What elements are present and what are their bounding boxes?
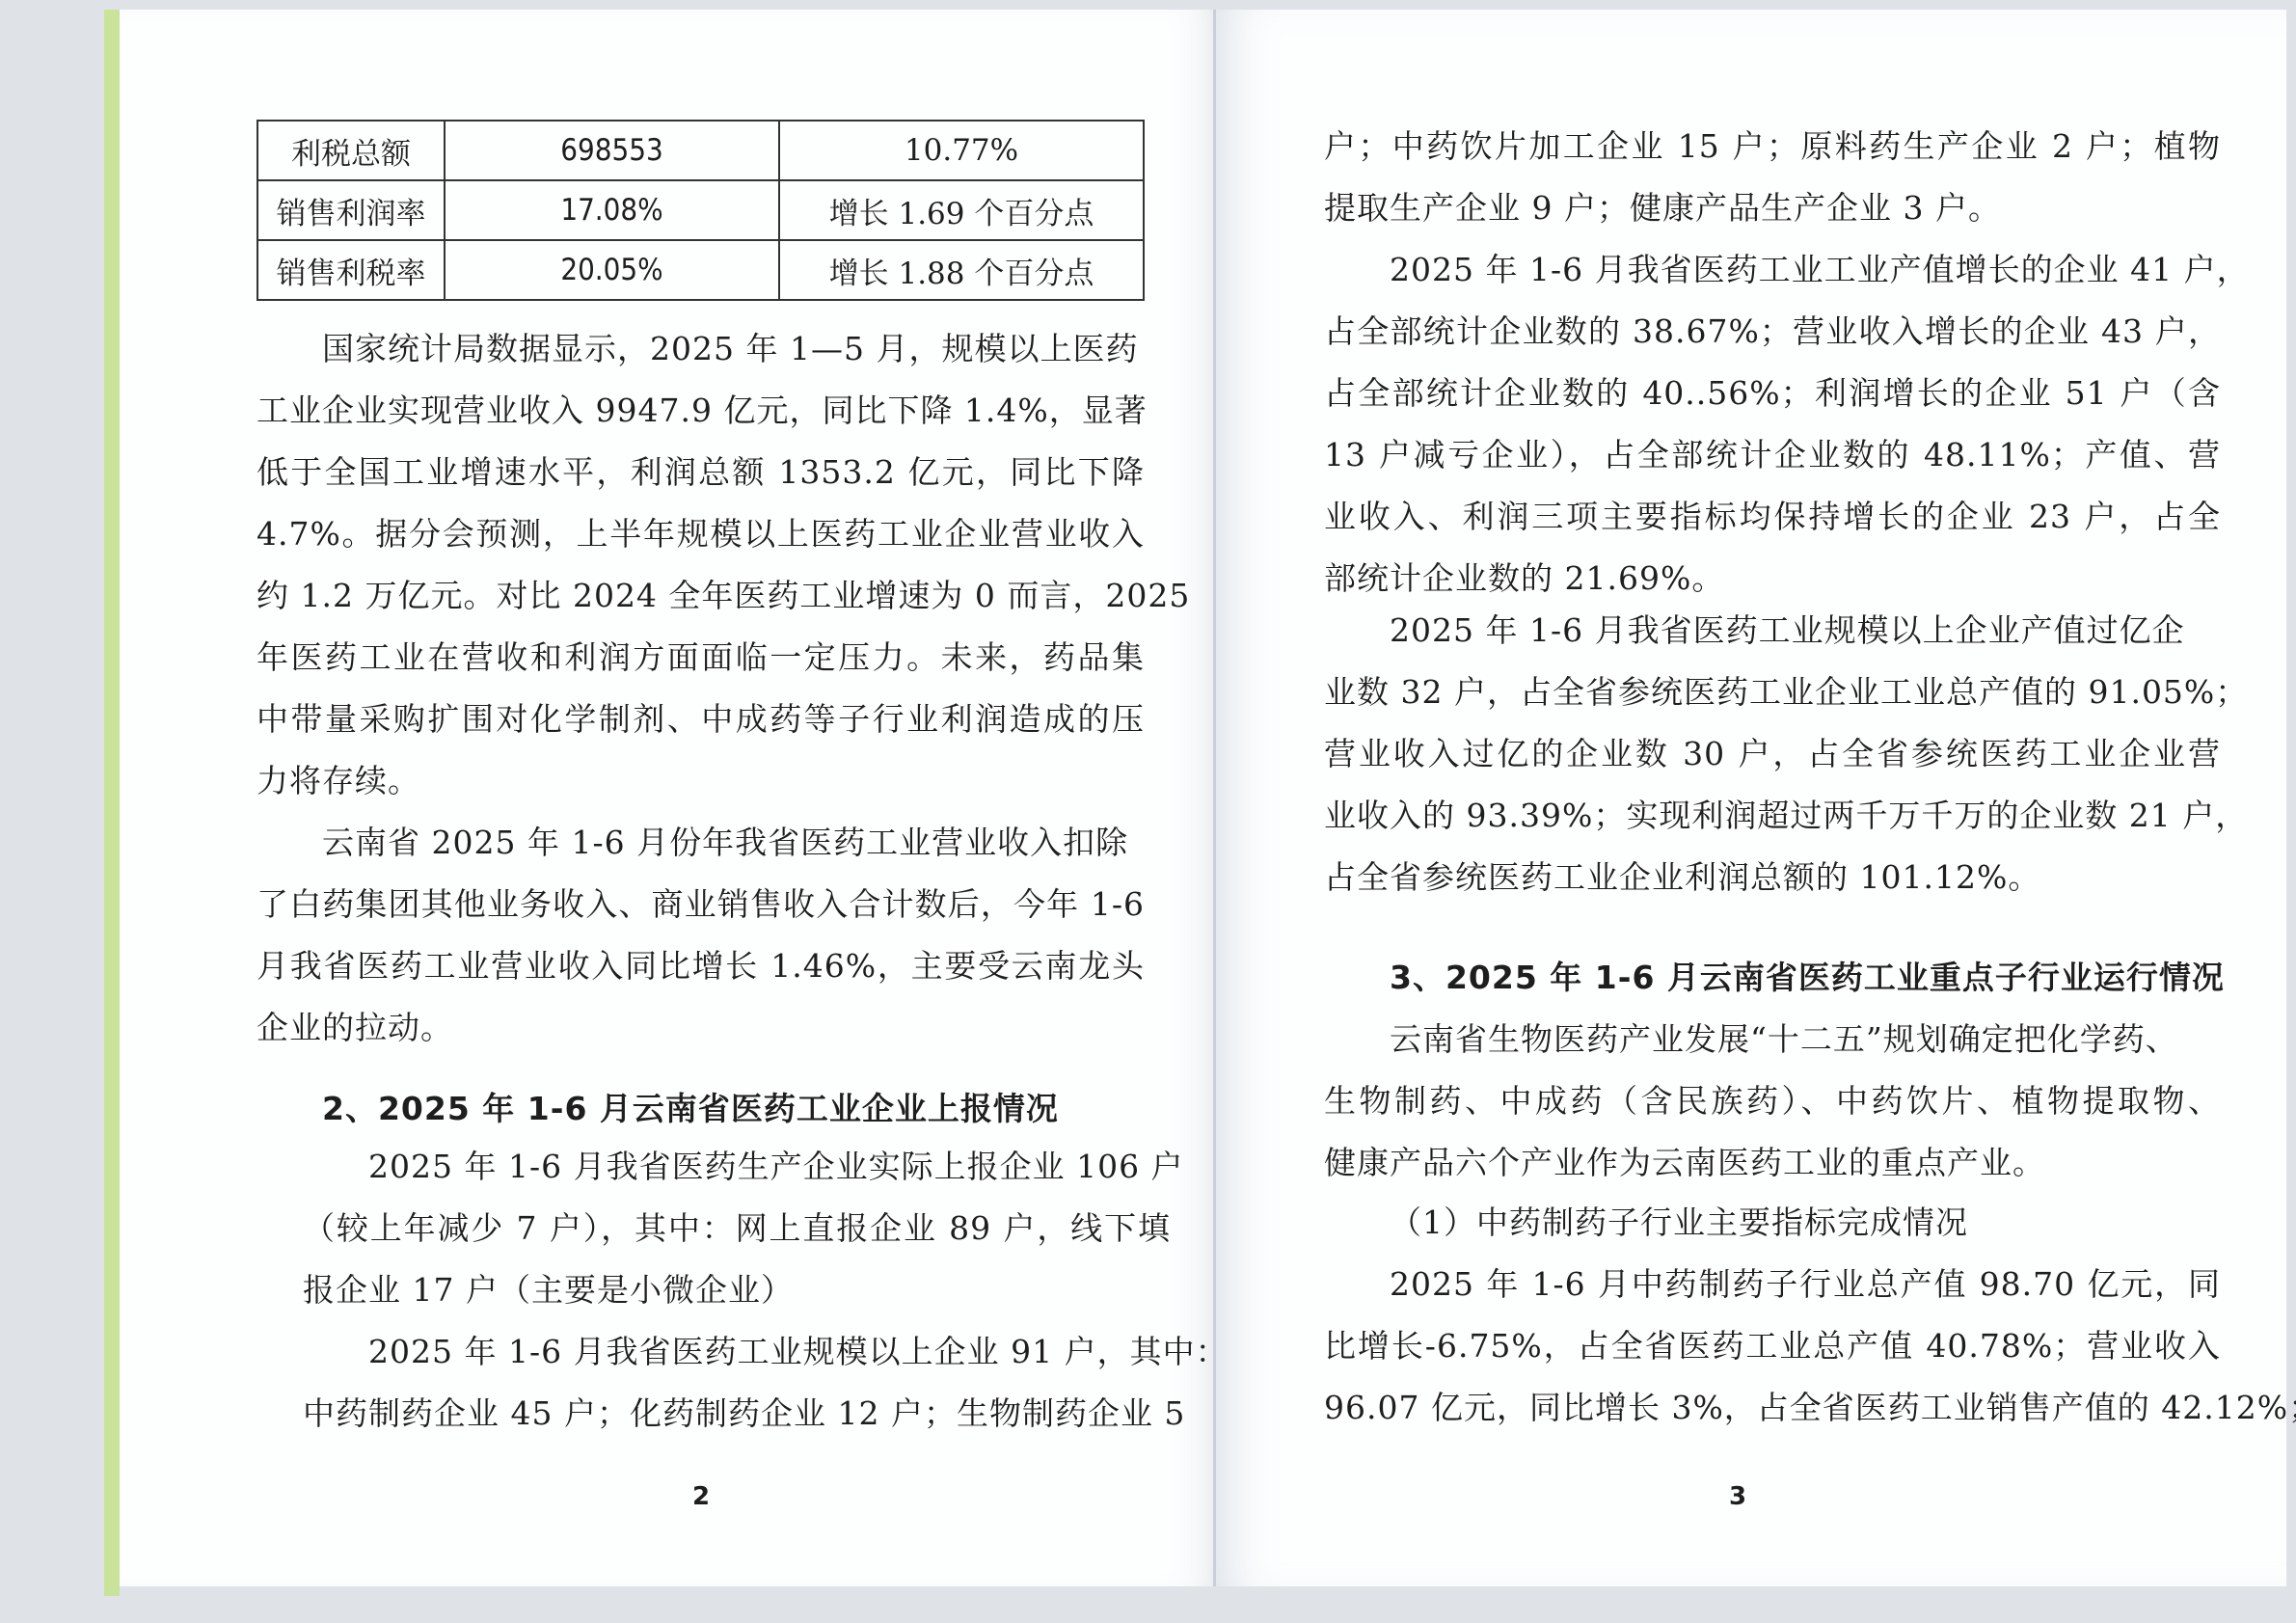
text-line: 力将存续。 [257, 750, 1145, 812]
indicator-change: 增长 1.69 个百分点 [779, 180, 1144, 240]
paragraph-national-stats: 国家统计局数据显示，2025 年 1—5 月，规模以上医药 工业企业实现营业收入… [257, 318, 1145, 812]
text-line: 报企业 17 户（主要是小微企业） [303, 1259, 1171, 1321]
text-line: 业收入的 93.39%；实现利润超过两千万千万的企业数 21 户， [1324, 785, 2221, 847]
text-line: 占全部统计企业数的 38.67%；营业收入增长的企业 43 户， [1324, 301, 2221, 363]
text-line: 户；中药饮片加工企业 15 户；原料药生产企业 2 户；植物 [1324, 116, 2221, 177]
indicator-change: 10.77% [779, 121, 1144, 180]
text-line: 比增长-6.75%，占全省医药工业总产值 40.78%；营业收入 [1324, 1315, 2221, 1377]
left-page: 利税总额 698553 10.77% 销售利润率 17.08% 增长 1.69 … [120, 10, 1213, 1586]
text-line: 提取生产企业 9 户；健康产品生产企业 3 户。 [1324, 177, 2221, 239]
text-line: 月我省医药工业营业收入同比增长 1.46%，主要受云南龙头 [257, 935, 1145, 997]
indicator-value: 698553 [445, 121, 779, 180]
section-2-heading: 2、2025 年 1-6 月云南省医药工业企业上报情况 [322, 1078, 1190, 1140]
text-line: 13 户减亏企业），占全部统计企业数的 48.11%；产值、营 [1324, 424, 2221, 486]
paragraph-growth-enterprises: 2025 年 1-6 月我省医药工业工业产值增长的企业 41 户， 占全部统计企… [1324, 239, 2221, 609]
text-line: 业收入、利润三项主要指标均保持增长的企业 23 户，占全 [1324, 486, 2221, 548]
text-line: 占全部统计企业数的 40..56%；利润增长的企业 51 户（含 [1324, 363, 2221, 424]
page-number: 2 [692, 1482, 710, 1511]
text-line: 工业企业实现营业收入 9947.9 亿元，同比下降 1.4%，显著 [257, 380, 1145, 442]
indicator-change: 增长 1.88 个百分点 [779, 240, 1144, 300]
paragraph-yunnan-revenue: 云南省 2025 年 1-6 月份年我省医药工业营业收入扣除 了白药集团其他业务… [257, 812, 1145, 1059]
table-row: 利税总额 698553 10.77% [257, 121, 1144, 180]
indicator-value: 17.08% [445, 180, 779, 240]
text-line: 年医药工业在营收和利润方面面临一定压力。未来，药品集 [257, 627, 1145, 689]
text-line: 约 1.2 万亿元。对比 2024 全年医药工业增速为 0 而言，2025 [257, 565, 1145, 627]
text-line: 低于全国工业增速水平，利润总额 1353.2 亿元，同比下降 [257, 442, 1145, 503]
text-line: 业数 32 户，占全省参统医药工业企业工业总产值的 91.05%； [1324, 662, 2221, 723]
text-line: 占全省参统医药工业企业利润总额的 101.12%。 [1324, 847, 2221, 908]
text-line: （较上年减少 7 户），其中：网上直报企业 89 户，线下填 [303, 1198, 1171, 1259]
book-edge-strip [104, 10, 120, 1596]
text-line: 2025 年 1-6 月中药制药子行业总产值 98.70 亿元，同 [1324, 1254, 2221, 1315]
text-line: 国家统计局数据显示，2025 年 1—5 月，规模以上医药 [257, 318, 1145, 380]
text-line: 生物制药、中成药（含民族药）、中药饮片、植物提取物、 [1324, 1070, 2221, 1132]
indicator-name: 利税总额 [257, 121, 445, 180]
page-number: 3 [1729, 1482, 1746, 1511]
paragraph-key-industries: 云南省生物医药产业发展“十二五”规划确定把化学药、 生物制药、中成药（含民族药）… [1324, 1009, 2221, 1194]
right-page: 户；中药饮片加工企业 15 户；原料药生产企业 2 户；植物 提取生产企业 9 … [1213, 10, 2286, 1586]
indicator-name: 销售利税率 [257, 240, 445, 300]
text-line: 营业收入过亿的企业数 30 户，占全省参统医药工业企业营 [1324, 723, 2221, 785]
paragraph-large-enterprises: 2025 年 1-6 月我省医药工业规模以上企业产值过亿企 业数 32 户，占全… [1324, 600, 2221, 908]
table-row: 销售利税率 20.05% 增长 1.88 个百分点 [257, 240, 1144, 300]
section-3-heading: 3、2025 年 1-6 月云南省医药工业重点子行业运行情况 [1390, 947, 2238, 1009]
text-line: 2025 年 1-6 月我省医药工业工业产值增长的企业 41 户， [1324, 239, 2221, 301]
indicator-table: 利税总额 698553 10.77% 销售利润率 17.08% 增长 1.69 … [257, 120, 1145, 301]
text-line: 健康产品六个产业作为云南医药工业的重点产业。 [1324, 1132, 2221, 1194]
subsection-tcm-heading: （1）中药制药子行业主要指标完成情况 [1390, 1192, 2219, 1254]
text-line: 96.07 亿元，同比增长 3%，占全省医药工业销售产值的 42.12%； [1324, 1377, 2221, 1439]
text-line: 中药制药企业 45 户；化药制药企业 12 户；生物制药企业 5 [303, 1383, 1171, 1445]
text-line: 云南省生物医药产业发展“十二五”规划确定把化学药、 [1324, 1009, 2221, 1070]
text-line: 云南省 2025 年 1-6 月份年我省医药工业营业收入扣除 [257, 812, 1145, 874]
text-line: 2025 年 1-6 月我省医药工业规模以上企业 91 户，其中： [303, 1321, 1171, 1383]
paragraph-reporting: 2025 年 1-6 月我省医药生产企业实际上报企业 106 户 （较上年减少 … [303, 1136, 1171, 1445]
table-row: 销售利润率 17.08% 增长 1.69 个百分点 [257, 180, 1144, 240]
text-line: 2025 年 1-6 月我省医药工业规模以上企业产值过亿企 [1324, 600, 2221, 662]
text-line: 4.7%。据分会预测，上半年规模以上医药工业企业营业收入 [257, 503, 1145, 565]
text-line: 了白药集团其他业务收入、商业销售收入合计数后，今年 1-6 [257, 874, 1145, 935]
paragraph-tcm-indicators: 2025 年 1-6 月中药制药子行业总产值 98.70 亿元，同 比增长-6.… [1324, 1254, 2221, 1439]
paragraph-enterprise-types: 户；中药饮片加工企业 15 户；原料药生产企业 2 户；植物 提取生产企业 9 … [1324, 116, 2221, 239]
text-line: 企业的拉动。 [257, 997, 1145, 1059]
text-line: 2025 年 1-6 月我省医药生产企业实际上报企业 106 户 [303, 1136, 1171, 1198]
indicator-value: 20.05% [445, 240, 779, 300]
text-line: 中带量采购扩围对化学制剂、中成药等子行业利润造成的压 [257, 689, 1145, 750]
indicator-name: 销售利润率 [257, 180, 445, 240]
